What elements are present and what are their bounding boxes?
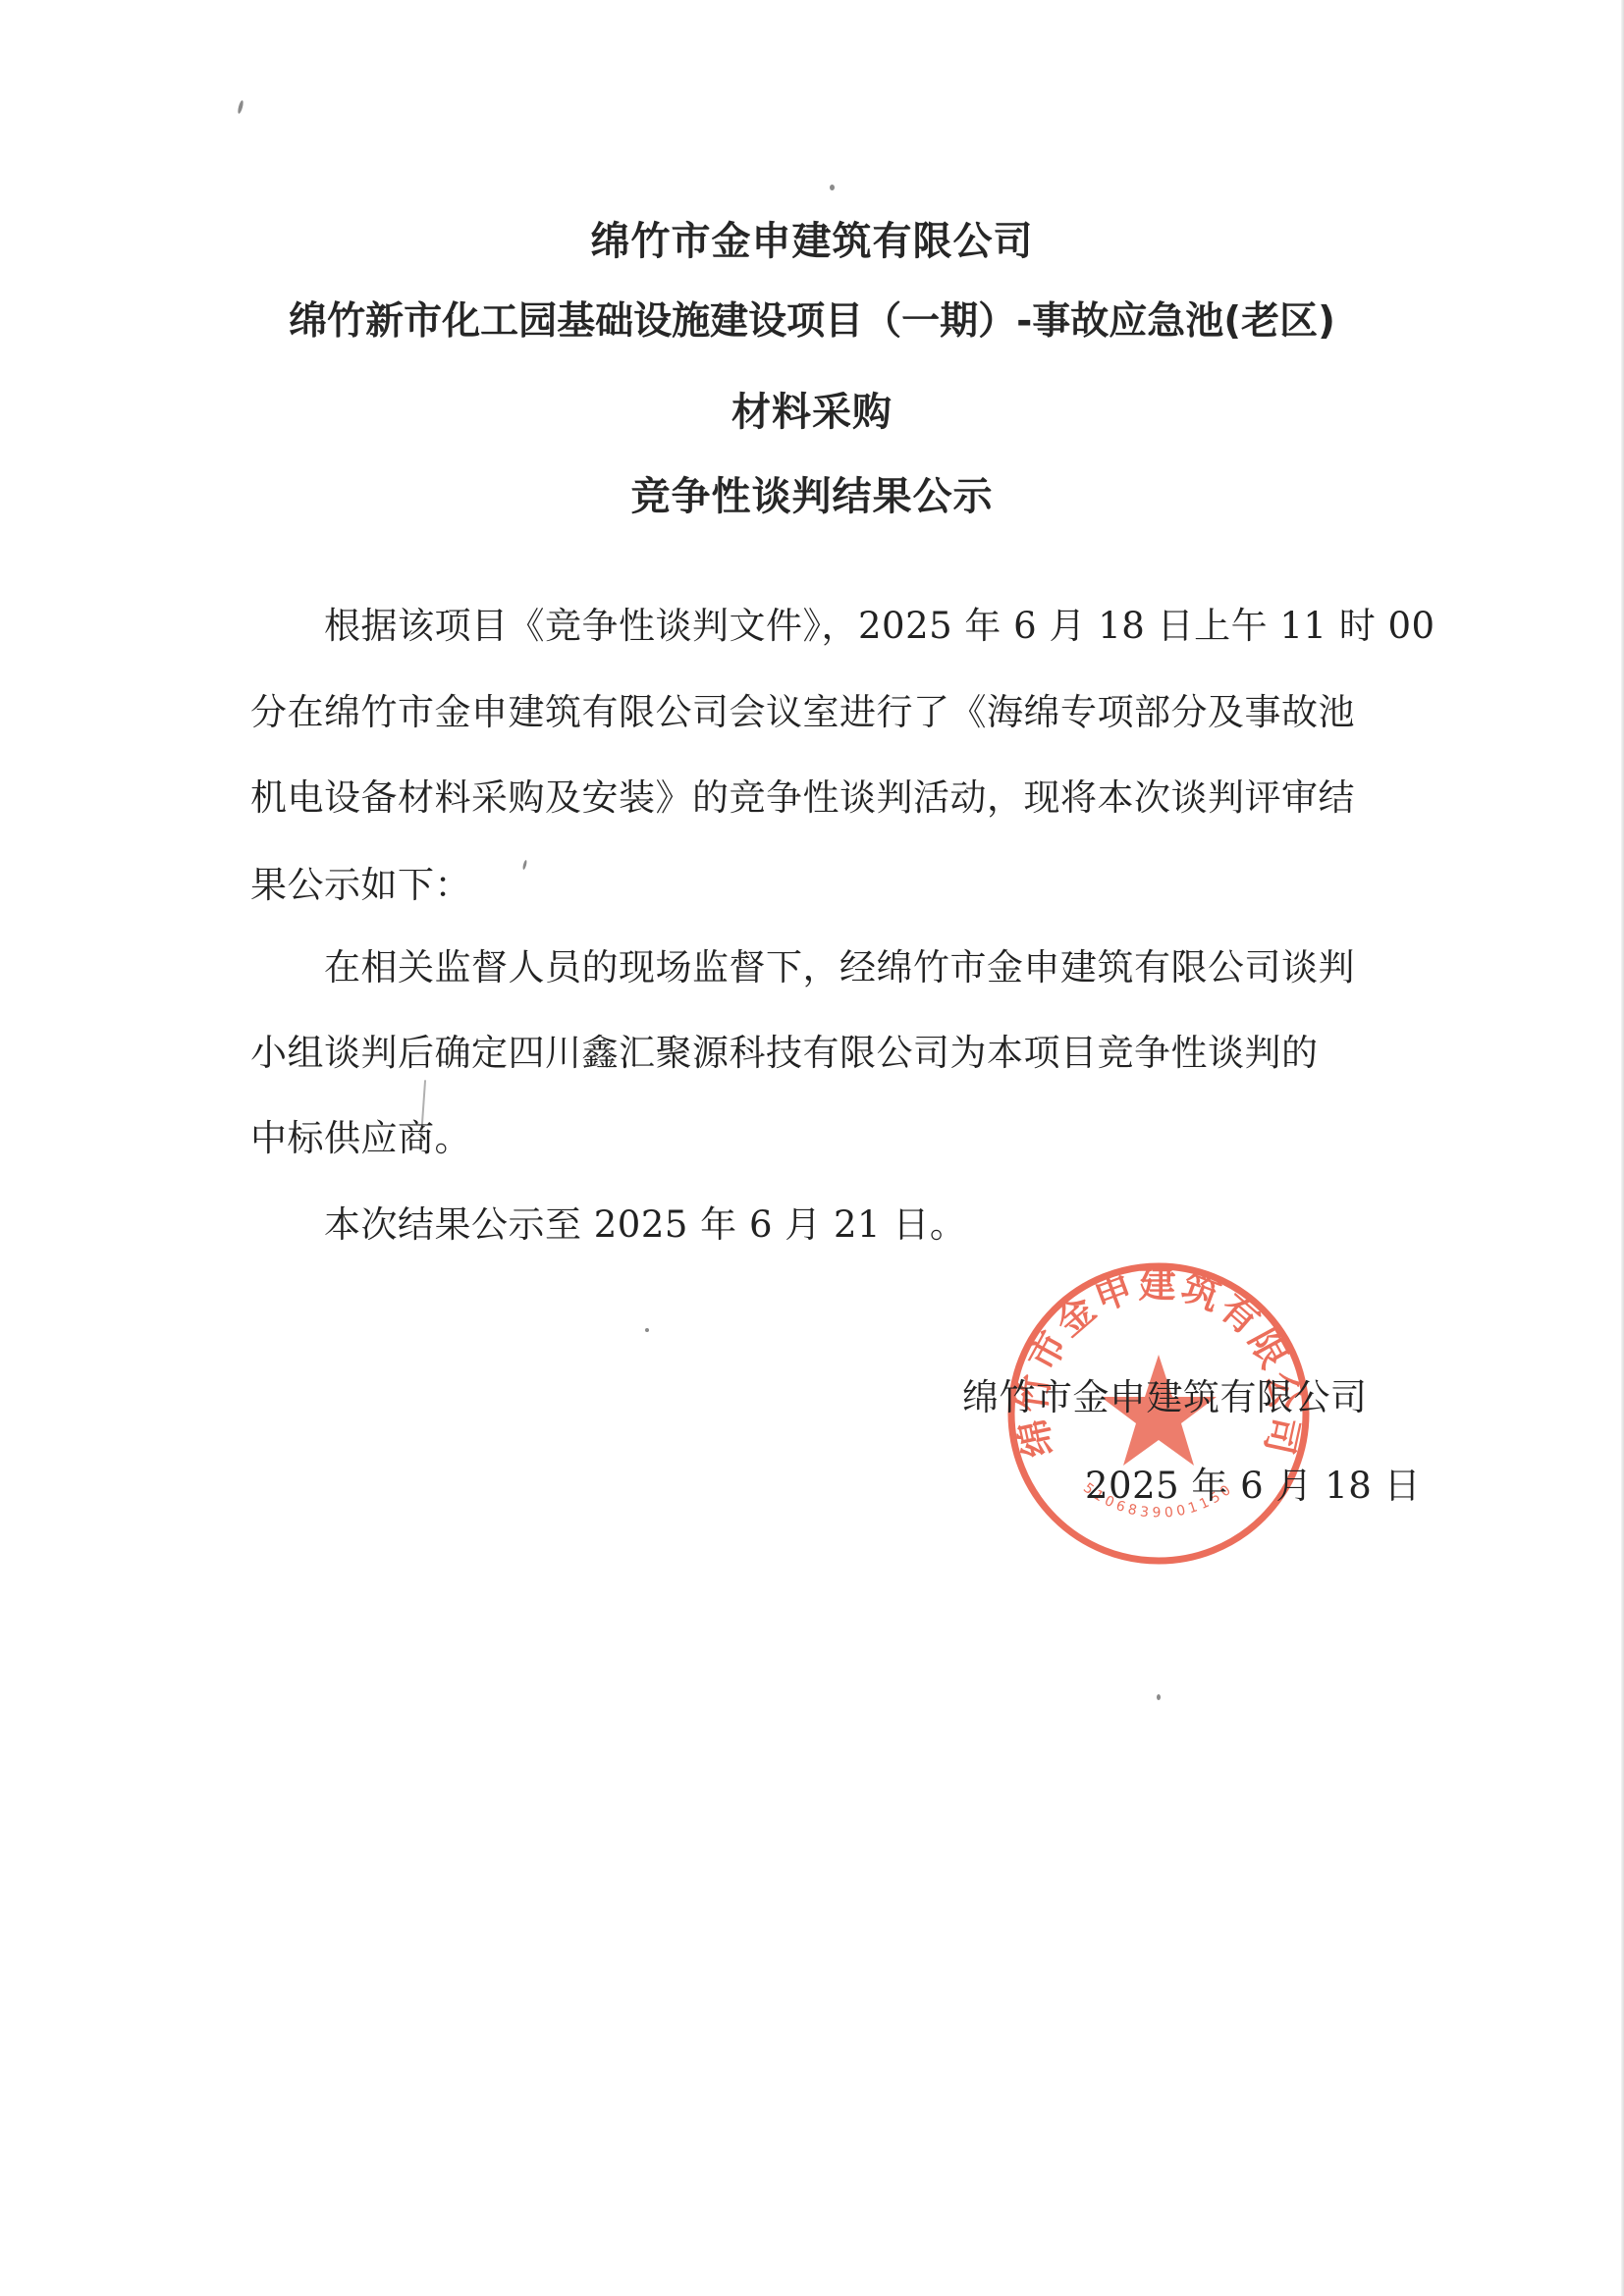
signature-date: 2025 年 6 月 18 日 — [1085, 1456, 1421, 1509]
paragraph-1-line-2: 分在绵竹市金申建筑有限公司会议室进行了《海绵专项部分及事故池 — [250, 691, 1355, 734]
document-page: 绵竹市金申建筑有限公司 绵竹新市化工园基础设施建设项目（一期）-事故应急池(老区… — [0, 0, 1624, 2296]
scan-speck — [830, 185, 835, 190]
paragraph-2-line-2: 小组谈判后确定四川鑫汇聚源科技有限公司为本项目竞争性谈判的 — [250, 1032, 1319, 1075]
title-announcement: 竞争性谈判结果公示 — [0, 465, 1624, 521]
paragraph-1-line-4: 果公示如下： — [250, 864, 471, 907]
paragraph-1-line-1: 根据该项目《竞争性谈判文件》，2025 年 6 月 18 日上午 11 时 00 — [324, 605, 1435, 648]
paragraph-1-line-3: 机电设备材料采购及安装》的竞争性谈判活动，现将本次谈判评审结 — [250, 776, 1355, 820]
scan-speck — [522, 860, 527, 870]
paragraph-2-line-1: 在相关监督人员的现场监督下，经绵竹市金申建筑有限公司谈判 — [324, 946, 1355, 989]
signature-company: 绵竹市金申建筑有限公司 — [962, 1367, 1368, 1420]
title-procurement: 材料采购 — [0, 381, 1624, 437]
paragraph-2-line-3: 中标供应商。 — [250, 1117, 471, 1160]
title-project: 绵竹新市化工园基础设施建设项目（一期）-事故应急池(老区) — [0, 291, 1624, 346]
scan-speck — [645, 1328, 649, 1332]
scan-speck — [1157, 1694, 1161, 1700]
scan-speck — [237, 100, 244, 115]
title-company: 绵竹市金申建筑有限公司 — [0, 210, 1624, 266]
paragraph-3-line-1: 本次结果公示至 2025 年 6 月 21 日。 — [324, 1203, 966, 1247]
